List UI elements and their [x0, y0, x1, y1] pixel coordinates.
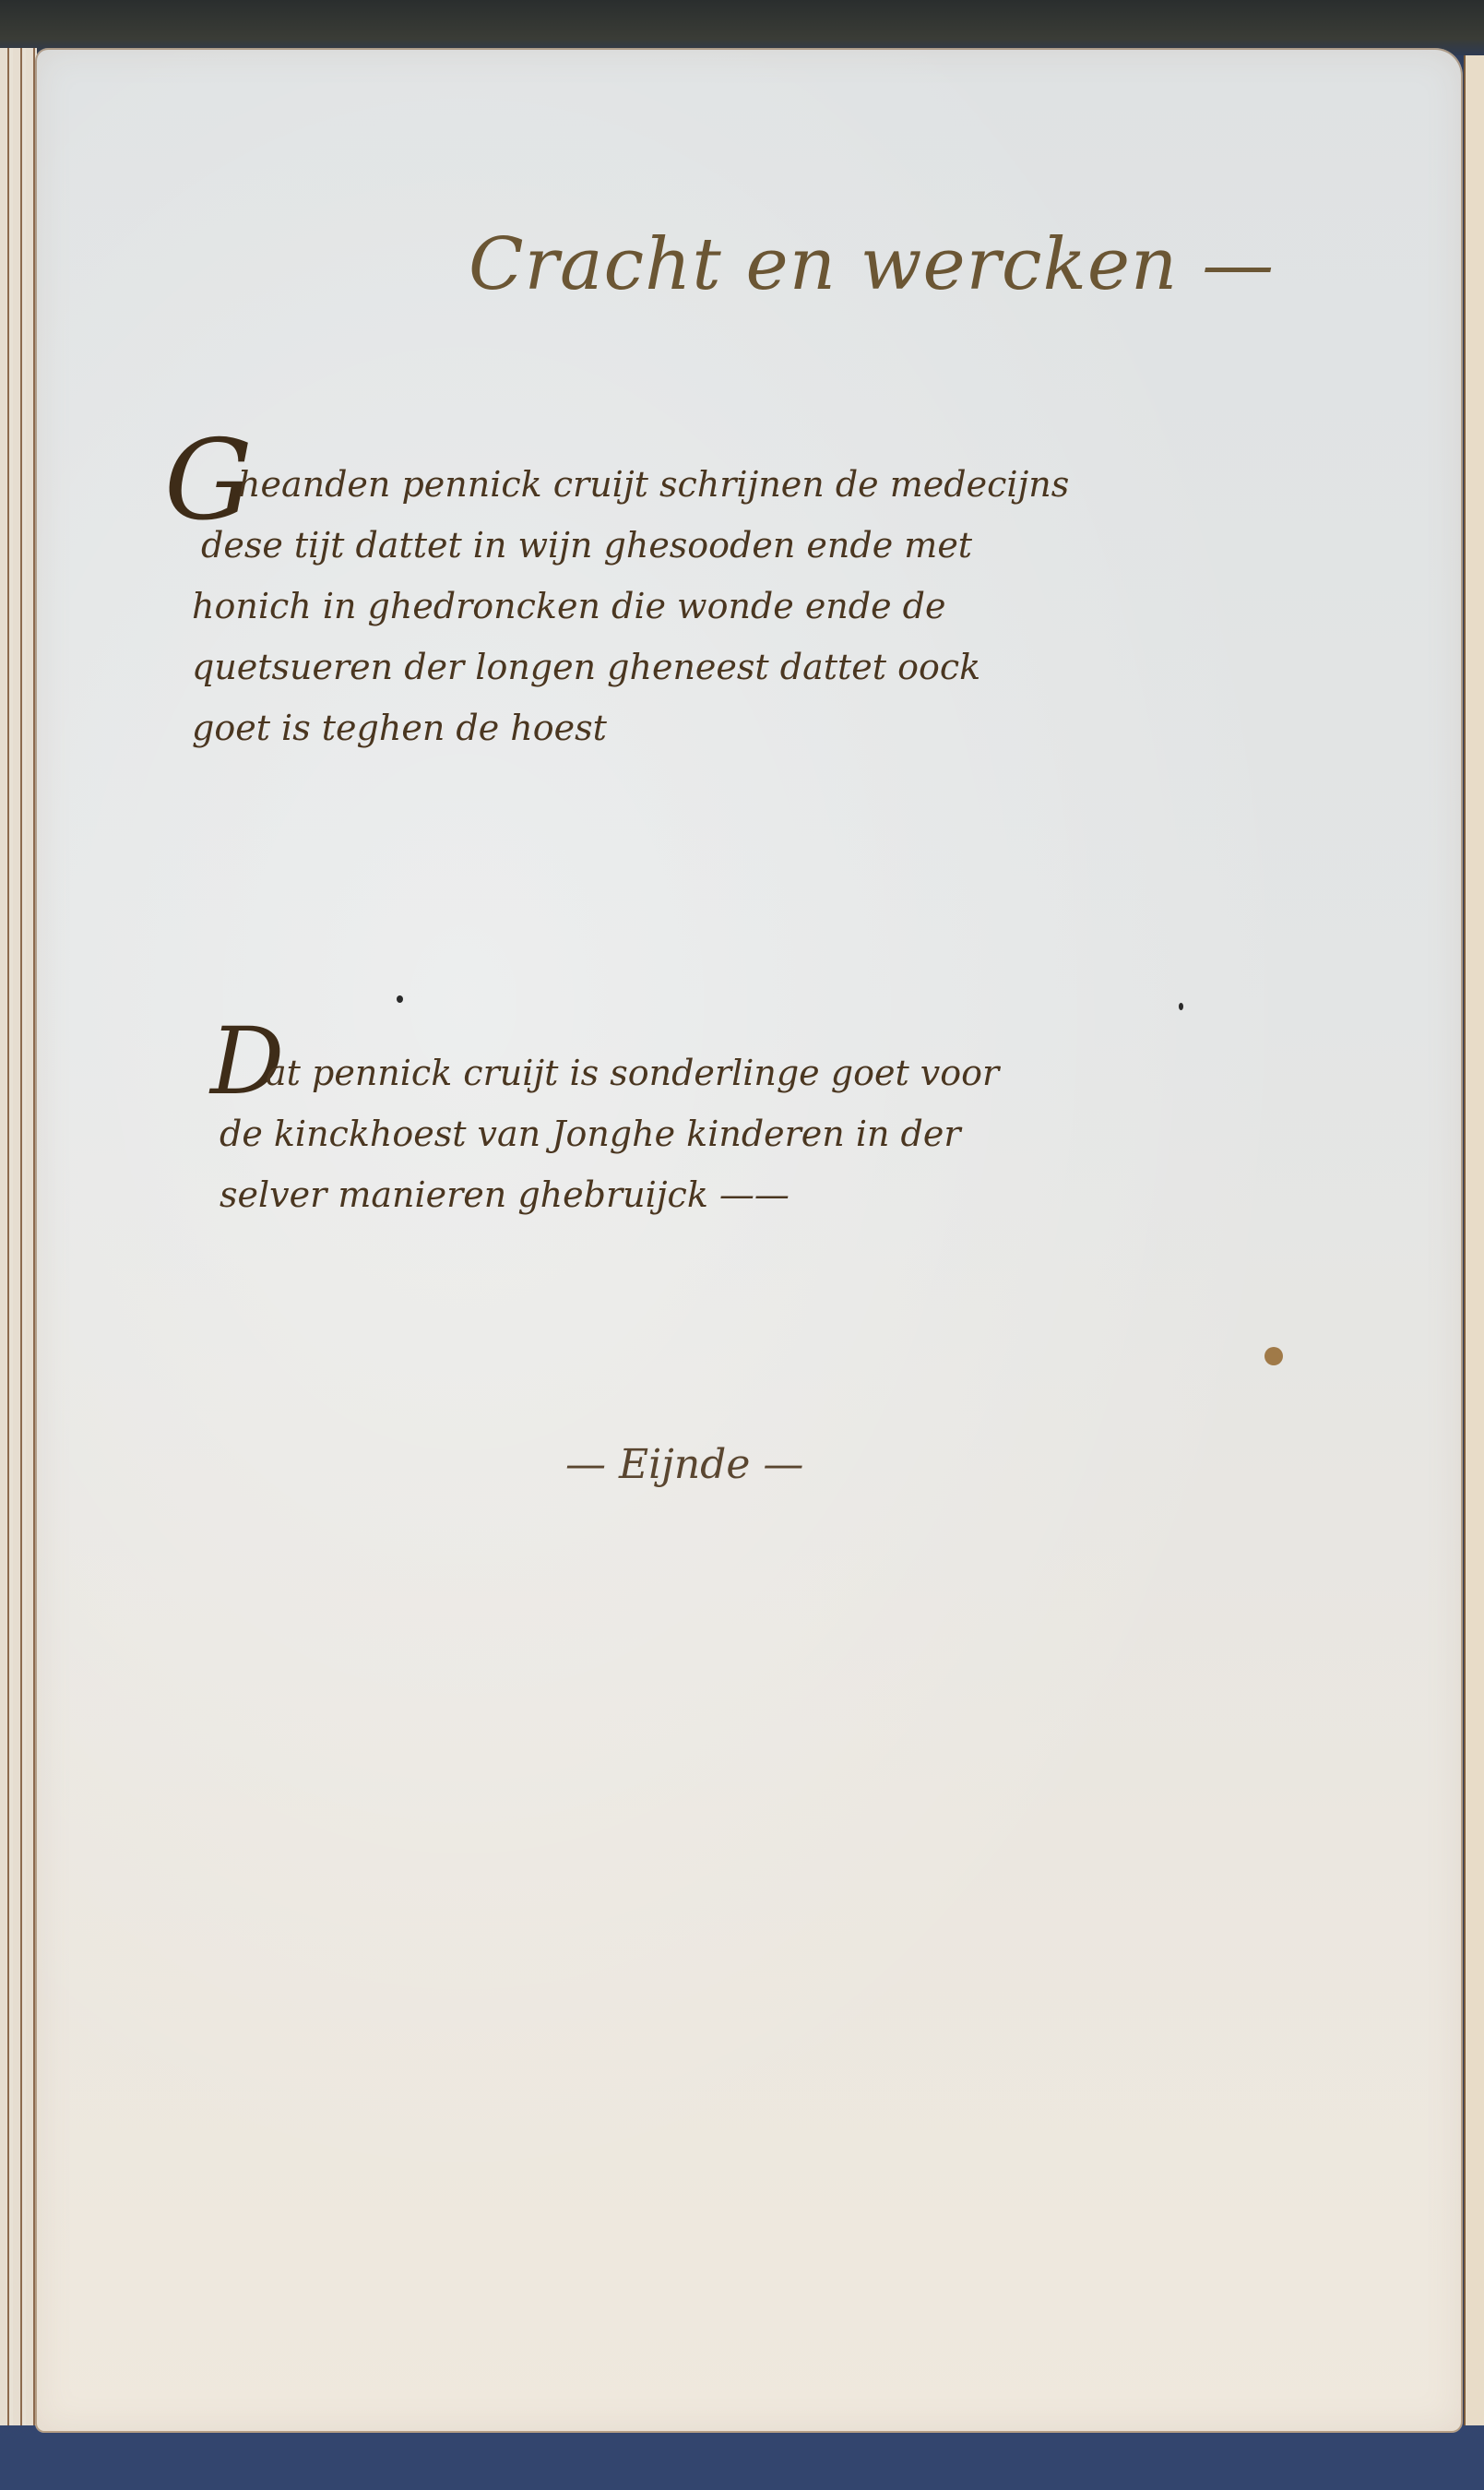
- ink-dot: [397, 995, 403, 1003]
- paragraph-2-line: de kinckhoest van Jonghe kinderen in der: [220, 1103, 1484, 1164]
- page-title: Cracht en wercken —: [469, 223, 1275, 306]
- paper-stain: [1264, 1347, 1283, 1365]
- paragraph-1: heanden pennick cruijt schrijnen de mede…: [173, 454, 1483, 758]
- paragraph-1-line: quetsueren der longen gheneest dattet oo…: [173, 637, 1483, 697]
- paragraph-2-line: at pennick cruijt is sonderlinge goet vo…: [220, 1042, 1484, 1103]
- paragraph-1-line: dese tijt dattet in wijn ghesooden ende …: [173, 515, 1483, 576]
- ink-dot: [1179, 1003, 1183, 1010]
- book-top-shadow: [0, 0, 1484, 55]
- paragraph-1-line: heanden pennick cruijt schrijnen de mede…: [173, 454, 1483, 515]
- page-stack-right: [1464, 55, 1484, 2436]
- page-stack-left: [0, 48, 37, 2433]
- paragraph-2-line: selver manieren ghebruijck ——: [220, 1164, 1484, 1225]
- background-cloth: [0, 2425, 1484, 2490]
- closing-word: — Eijnde —: [565, 1441, 803, 1488]
- paragraph-1-line: honich in ghedroncken die wonde ende de: [173, 576, 1483, 637]
- paragraph-2: at pennick cruijt is sonderlinge goet vo…: [220, 1042, 1484, 1225]
- paragraph-1-line: goet is teghen de hoest: [173, 697, 1483, 758]
- manuscript-page: Cracht en wercken — G heanden pennick cr…: [35, 48, 1463, 2433]
